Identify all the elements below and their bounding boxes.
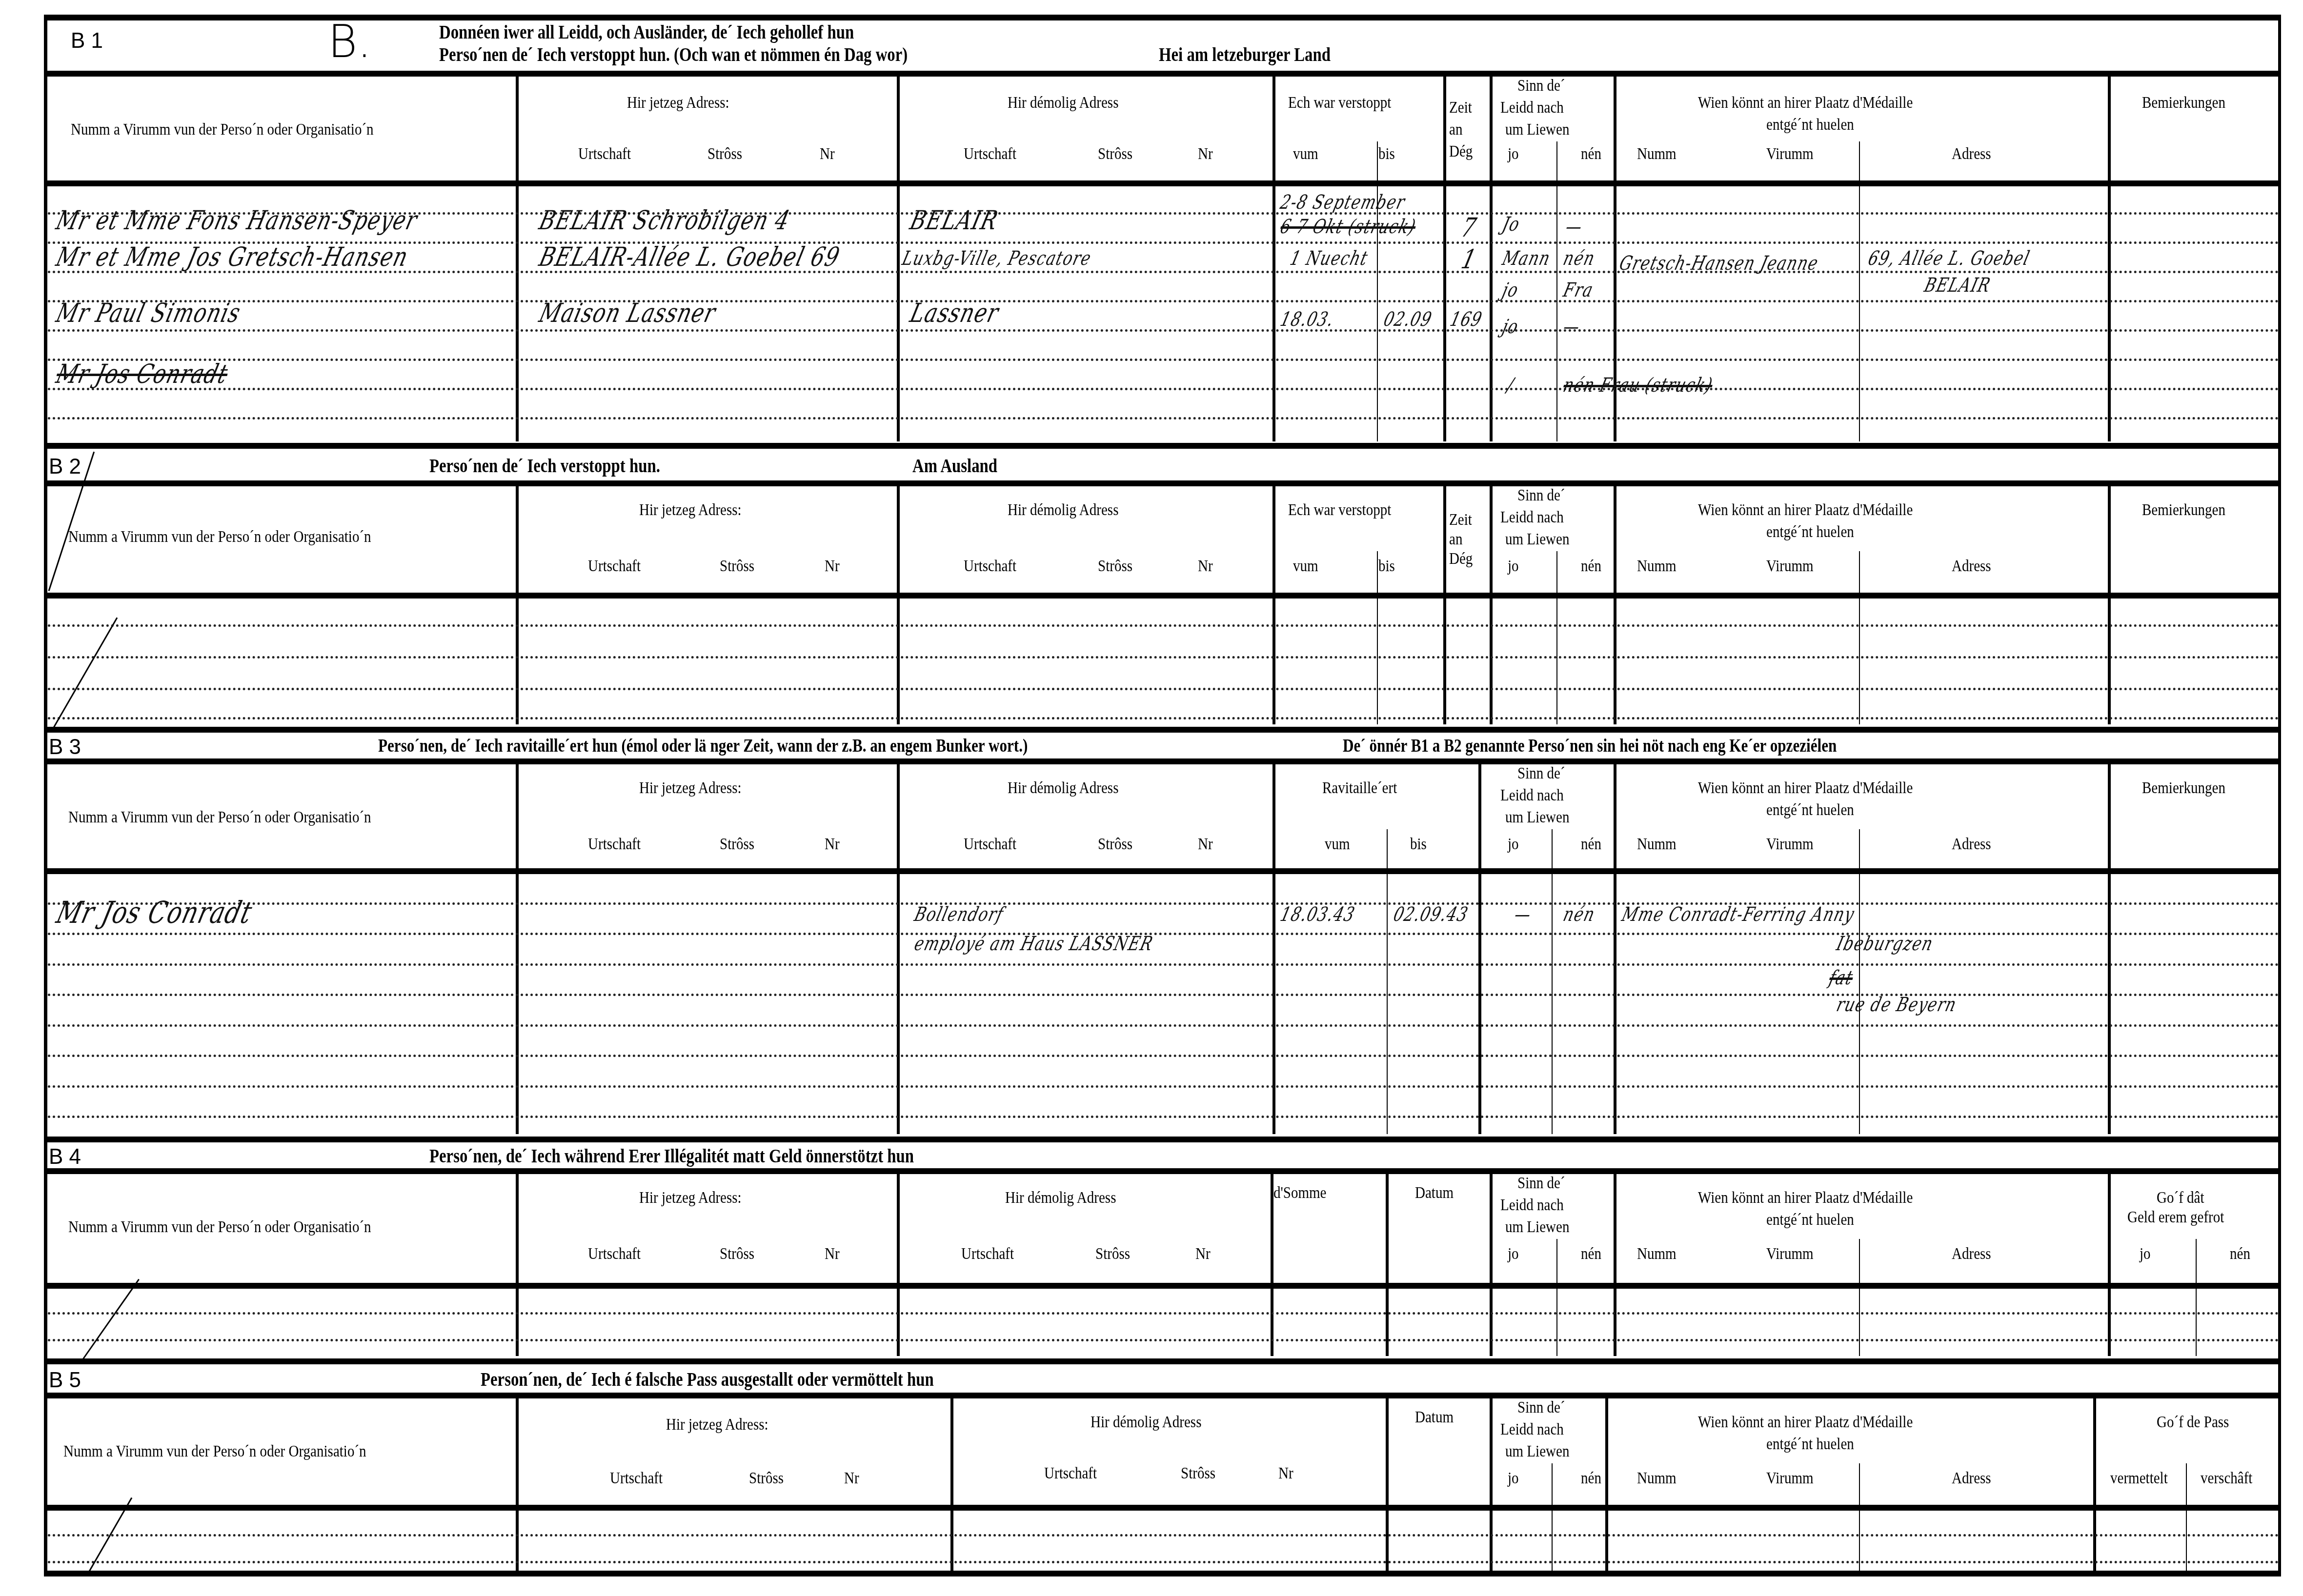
header-stross: Strôss	[720, 837, 754, 853]
header-alive-3: um Liewen	[1505, 810, 1569, 826]
rule	[1552, 1463, 1553, 1573]
header-adress: Adress	[1952, 146, 1991, 162]
section-title-b2: Perso´nen de´ Iech verstoppt hun.	[429, 456, 660, 476]
section-id-b5: B 5	[49, 1370, 81, 1391]
divider	[44, 1358, 2281, 1364]
b1-medal-address-2: BELAIR	[1922, 276, 1993, 295]
header-medal-2: entgé´nt huelen	[1766, 1436, 1854, 1453]
rule	[1859, 551, 1860, 724]
header-urtschaft: Urtschaft	[588, 1246, 641, 1262]
rule	[516, 1173, 519, 1356]
header-nr: Nr	[1198, 146, 1213, 162]
rule	[1614, 1173, 1616, 1356]
divider	[44, 1168, 2281, 1174]
header-alive-2: Leidd nach	[1500, 1197, 1564, 1214]
rule	[1377, 551, 1378, 724]
header-adress: Adress	[1952, 559, 1991, 575]
header-days-1: Zeit	[1449, 512, 1472, 528]
rule	[2093, 1397, 2096, 1573]
b1-row1-prev-address: BELAIR	[908, 207, 1001, 234]
section-title-suffix-b2: Am Ausland	[912, 456, 997, 476]
header-medal-1: Wien könnt an hirer Plaatz d'Médaille	[1698, 1415, 1913, 1431]
rule	[2196, 1239, 2197, 1356]
divider	[44, 593, 2281, 598]
header-stross: Strôss	[1181, 1466, 1215, 1482]
header-alive-1: Sinn de´	[1517, 1400, 1565, 1416]
dotted-line	[48, 329, 2280, 332]
header-stross: Strôss	[1095, 1246, 1130, 1262]
header-alive-3: um Liewen	[1505, 122, 1569, 138]
dotted-line	[48, 359, 2280, 361]
header-nr: Nr	[1195, 1246, 1211, 1262]
b1-row2-hidden-from: 6-7 Okt (struck)	[1278, 217, 1418, 237]
header-nen: nén	[1581, 1471, 1601, 1487]
dotted-line	[48, 656, 2280, 658]
header-nr: Nr	[825, 559, 840, 575]
header-nen: nén	[1581, 1246, 1601, 1262]
b1-row2-name: Mr et Mme Jos Gretsch-Hansen	[54, 244, 411, 270]
header-medal-1: Wien könnt an hirer Plaatz d'Médaille	[1698, 95, 1913, 111]
rule	[1271, 1173, 1273, 1356]
header-nen: nén	[2230, 1246, 2250, 1262]
header-virumm: Virumm	[1766, 559, 1814, 575]
header-medal-1: Wien könnt an hirer Plaatz d'Médaille	[1698, 780, 1913, 797]
header-nr: Nr	[1198, 559, 1213, 575]
header-nen: nén	[1581, 559, 1601, 575]
header-vum: vum	[1325, 837, 1350, 853]
header-medal-1: Wien könnt an hirer Plaatz d'Médaille	[1698, 502, 1913, 519]
header-nr: Nr	[825, 837, 840, 853]
divider	[44, 1137, 2281, 1142]
b3-row1-name: Mr Jos Conradt	[54, 898, 256, 928]
header-jo: jo	[1508, 146, 1519, 162]
b1-row3-hidden-from: 1 Nuecht	[1288, 249, 1370, 268]
header-days-2: an	[1449, 122, 1462, 138]
rule	[1605, 1397, 1608, 1573]
b1-row6-name-struck: Mr Jos Conradt	[54, 361, 231, 387]
header-name: Numm a Virumm vun der Perso´n oder Organ…	[68, 529, 371, 545]
header-sum: d'Somme	[1273, 1185, 1327, 1201]
rule	[1490, 76, 1493, 441]
rule	[897, 76, 900, 441]
header-urtschaft: Urtschaft	[964, 559, 1016, 575]
header-medal-2: entgé´nt huelen	[1766, 1212, 1854, 1228]
b1-row2-cur-address: BELAIR-Allée L. Goebel 69	[537, 244, 843, 270]
header-virumm: Virumm	[1766, 1471, 1814, 1487]
header-previous-address: Hir démolig Adress	[1008, 502, 1118, 519]
header-days-3: Dég	[1449, 551, 1473, 567]
rule	[1556, 141, 1557, 441]
header-alive-2: Leidd nach	[1500, 100, 1564, 116]
dotted-line	[48, 1339, 2280, 1341]
divider	[44, 443, 2281, 449]
header-hidden: Ech war verstoppt	[1288, 502, 1391, 519]
rule	[1490, 1173, 1493, 1356]
header-name: Numm a Virumm vun der Perso´n oder Organ…	[68, 810, 371, 826]
b1-medal-address-1: 69, Allée L. Goebel	[1866, 249, 2032, 268]
header-numm: Numm	[1637, 837, 1677, 853]
rule	[516, 1397, 519, 1573]
header-days-1: Zeit	[1449, 100, 1472, 116]
form-page: B 1 B. Donnéen iwer all Leidd, och Auslä…	[0, 0, 2303, 1596]
divider	[44, 727, 2281, 733]
header-alive-1: Sinn de´	[1517, 488, 1565, 504]
divider	[44, 868, 2281, 874]
rule	[2108, 1173, 2111, 1356]
rule	[897, 1173, 900, 1356]
header-medal-2: entgé´nt huelen	[1766, 524, 1854, 540]
rule	[1859, 141, 1860, 441]
header-name: Numm a Virumm vun der Perso´n oder Organ…	[63, 1444, 366, 1460]
rule	[2108, 763, 2111, 1134]
rule	[1377, 141, 1378, 441]
header-days-2: an	[1449, 532, 1462, 548]
dotted-line	[48, 1561, 2280, 1563]
header-numm: Numm	[1637, 559, 1677, 575]
header-bis: bis	[1378, 559, 1395, 575]
header-vermettelt: vermettelt	[2110, 1471, 2168, 1487]
header-alive-1: Sinn de´	[1517, 1176, 1565, 1192]
header-numm: Numm	[1637, 146, 1677, 162]
dotted-line	[48, 624, 2280, 627]
b1-row4-nen: Fra	[1561, 280, 1596, 300]
rule	[1556, 551, 1557, 724]
dotted-line	[48, 1534, 2280, 1536]
b1-row6-nen-struck: nén Frau (struck)	[1561, 376, 1715, 395]
b1-row1-cur-address: BELAIR Schrobilgen 4	[537, 207, 793, 234]
header-stross: Strôss	[720, 559, 754, 575]
header-urtschaft: Urtschaft	[588, 559, 641, 575]
dotted-line	[48, 902, 2280, 905]
rule	[1273, 76, 1275, 441]
header-jo: jo	[1508, 1246, 1519, 1262]
header-jo: jo	[1508, 837, 1519, 853]
header-virumm: Virumm	[1766, 146, 1814, 162]
section-title-b5: Person´nen, de´ Iech é falsche Pass ausg…	[481, 1370, 934, 1389]
header-bis: bis	[1410, 837, 1427, 853]
header-name: Numm a Virumm vun der Perso´n oder Organ…	[68, 1219, 371, 1236]
b1-medal-name: Gretsch-Hansen Jeanne	[1617, 254, 1820, 273]
header-date: Datum	[1415, 1185, 1454, 1201]
form-letter: B.	[328, 20, 371, 64]
rule	[1386, 1173, 1389, 1356]
header-stross: Strôss	[1098, 559, 1132, 575]
rule	[1552, 829, 1553, 1134]
header-medal-2: entgé´nt huelen	[1766, 802, 1854, 818]
header-date: Datum	[1415, 1410, 1454, 1426]
divider	[44, 758, 2281, 764]
rule	[1387, 829, 1388, 1134]
header-days-3: Dég	[1449, 144, 1473, 160]
section-id-b1: B 1	[71, 30, 103, 52]
header-medal-1: Wien könnt an hirer Plaatz d'Médaille	[1698, 1190, 1913, 1206]
dotted-line	[48, 963, 2280, 966]
header-alive-1: Sinn de´	[1517, 766, 1565, 782]
b3-row1-prev-address-2: employé am Haus LASSNER	[912, 934, 1155, 954]
header-asked-1: Go´f dât	[2157, 1190, 2204, 1206]
rule	[1478, 763, 1481, 1134]
header-urtschaft: Urtschaft	[610, 1471, 663, 1487]
rule	[516, 763, 519, 1134]
form-title-suffix: Hei am letzeburger Land	[1159, 45, 1331, 64]
header-stross: Strôss	[1098, 837, 1132, 853]
b1-row3-jo: Mann	[1500, 249, 1553, 268]
header-asked-2: Geld erem gefrot	[2127, 1210, 2224, 1226]
b3-medal-line3-struck: fat	[1827, 968, 1855, 988]
b1-row2-prev-address: Luxbg-Ville, Pescatore	[900, 249, 1093, 268]
dotted-line	[48, 388, 2280, 390]
form-title-line1: Donnéen iwer all Leidd, och Ausländer, d…	[439, 22, 854, 42]
rule	[1614, 763, 1616, 1134]
divider	[44, 1571, 2281, 1576]
divider	[44, 1393, 2281, 1398]
header-stross: Strôss	[1098, 146, 1132, 162]
b1-row1-name: Mr et Mme Fons Hansen-Speyer	[54, 207, 420, 234]
b3-row1-to: 02.09.43	[1392, 905, 1470, 924]
header-urtschaft: Urtschaft	[1044, 1466, 1097, 1482]
header-nen: nén	[1581, 146, 1601, 162]
header-virumm: Virumm	[1766, 1246, 1814, 1262]
b3-medal-line1: Mme Conradt-Ferring Anny	[1620, 905, 1857, 924]
section-id-b4: B 4	[49, 1146, 81, 1168]
header-numm: Numm	[1637, 1246, 1677, 1262]
header-nr: Nr	[1278, 1466, 1293, 1482]
dotted-line	[48, 717, 2280, 719]
header-previous-address: Hir démolig Adress	[1008, 780, 1118, 797]
rule	[1556, 1239, 1557, 1356]
header-stross: Strôss	[707, 146, 742, 162]
header-remarks: Bemierkungen	[2142, 502, 2225, 519]
header-alive-3: um Liewen	[1505, 1444, 1569, 1460]
section-title-b4: Perso´nen, de´ Iech während Erer Illégal…	[429, 1146, 914, 1166]
header-nr: Nr	[844, 1471, 859, 1487]
header-previous-address: Hir démolig Adress	[1005, 1190, 1116, 1206]
header-nen: nén	[1581, 837, 1601, 853]
rule	[1859, 1463, 1860, 1573]
b1-row4-hidden-from: 18.03.	[1278, 310, 1336, 329]
header-verschaft: verschâft	[2201, 1471, 2252, 1487]
rule	[2186, 1463, 2187, 1573]
header-nr: Nr	[825, 1246, 840, 1262]
header-current-address: Hir jetzeg Adress:	[639, 780, 742, 797]
header-jo: jo	[2140, 1246, 2151, 1262]
dotted-line	[48, 688, 2280, 690]
rule	[2108, 76, 2111, 441]
rule	[1490, 1397, 1493, 1573]
header-adress: Adress	[1952, 1246, 1991, 1262]
header-jo: jo	[1508, 1471, 1519, 1487]
header-adress: Adress	[1952, 1471, 1991, 1487]
header-stross: Strôss	[749, 1471, 784, 1487]
header-alive-3: um Liewen	[1505, 532, 1569, 548]
divider	[44, 1283, 2281, 1289]
b1-row4-cur-address: Maison Lassner	[537, 300, 719, 326]
b1-row1-hidden-from: 2-8 September	[1278, 193, 1407, 212]
header-alive-2: Leidd nach	[1500, 1422, 1564, 1438]
header-pass: Go´f de Pass	[2157, 1415, 2229, 1431]
header-current-address: Hir jetzeg Adress:	[666, 1417, 768, 1433]
header-previous-address: Hir démolig Adress	[1091, 1415, 1201, 1431]
b3-medal-line4: rue de Beyern	[1835, 995, 1959, 1015]
header-name: Numm a Virumm vun der Perso´n oder Organ…	[71, 122, 374, 138]
dotted-line	[48, 1024, 2280, 1027]
header-urtschaft: Urtschaft	[588, 837, 641, 853]
header-jo: jo	[1508, 559, 1519, 575]
header-hidden: Ech war verstoppt	[1288, 95, 1391, 111]
header-bis: bis	[1378, 146, 1395, 162]
header-urtschaft: Urtschaft	[578, 146, 631, 162]
b3-row1-from: 18.03.43	[1278, 905, 1357, 924]
divider	[44, 180, 2281, 186]
header-urtschaft: Urtschaft	[961, 1246, 1014, 1262]
dotted-line	[48, 1055, 2280, 1057]
header-numm: Numm	[1637, 1471, 1677, 1487]
section-title-b3: Perso´nen, de´ Iech ravitaille´ert hun (…	[378, 737, 1028, 755]
b1-row4-days: 169	[1448, 310, 1484, 329]
section-id-b2: B 2	[49, 456, 81, 478]
rule	[516, 76, 519, 441]
header-alive-3: um Liewen	[1505, 1219, 1569, 1236]
header-urtschaft: Urtschaft	[964, 146, 1016, 162]
header-current-address: Hir jetzeg Adress:	[639, 1190, 742, 1206]
header-alive-1: Sinn de´	[1517, 78, 1565, 94]
header-remarks: Bemierkungen	[2142, 780, 2225, 797]
b3-row1-nen: nén	[1561, 905, 1597, 924]
header-current-address: Hir jetzeg Adress:	[627, 95, 729, 111]
header-stross: Strôss	[720, 1246, 754, 1262]
section-id-b3: B 3	[49, 737, 81, 758]
b1-row3-nen: nén	[1561, 249, 1597, 268]
header-urtschaft: Urtschaft	[964, 837, 1016, 853]
rule	[950, 1397, 953, 1573]
header-alive-2: Leidd nach	[1500, 510, 1564, 526]
divider	[44, 1505, 2281, 1511]
header-remarks: Bemierkungen	[2142, 95, 2225, 111]
dotted-line	[48, 1312, 2280, 1315]
dotted-line	[48, 1116, 2280, 1118]
b3-medal-line2: Ibeburgzen	[1835, 934, 1935, 954]
form-title-line2: Perso´nen de´ Iech verstoppt hun. (Och w…	[439, 45, 908, 64]
header-vum: vum	[1293, 559, 1318, 575]
b1-row4-name: Mr Paul Simonis	[54, 300, 243, 326]
dotted-line	[48, 1085, 2280, 1088]
divider	[44, 71, 2281, 77]
header-adress: Adress	[1952, 837, 1991, 853]
rule	[1859, 1239, 1860, 1356]
header-nr: Nr	[820, 146, 835, 162]
header-alive-2: Leidd nach	[1500, 788, 1564, 804]
header-medal-2: entgé´nt huelen	[1766, 117, 1854, 133]
rule	[1443, 76, 1446, 441]
b1-row4-prev-address: Lassner	[908, 300, 1002, 326]
dotted-line	[48, 933, 2280, 935]
header-nr: Nr	[1198, 837, 1213, 853]
section-title-suffix-b3: De´ önnér B1 a B2 genannte Perso´nen sin…	[1343, 737, 1837, 755]
rule	[1859, 829, 1860, 1134]
dotted-line	[48, 300, 2280, 302]
dotted-line	[48, 417, 2280, 419]
b3-row1-prev-address-1: Bollendorf	[912, 905, 1006, 924]
header-vum: vum	[1293, 146, 1318, 162]
header-virumm: Virumm	[1766, 837, 1814, 853]
divider	[44, 15, 2281, 20]
rule	[897, 763, 900, 1134]
header-supplied: Ravitaille´ert	[1322, 780, 1397, 797]
rule	[1273, 763, 1275, 1134]
b1-row4-hidden-to: 02.09	[1382, 310, 1434, 329]
rule	[1386, 1397, 1389, 1573]
header-current-address: Hir jetzeg Adress:	[639, 502, 742, 519]
divider	[44, 480, 2281, 486]
header-previous-address: Hir démolig Adress	[1008, 95, 1118, 111]
